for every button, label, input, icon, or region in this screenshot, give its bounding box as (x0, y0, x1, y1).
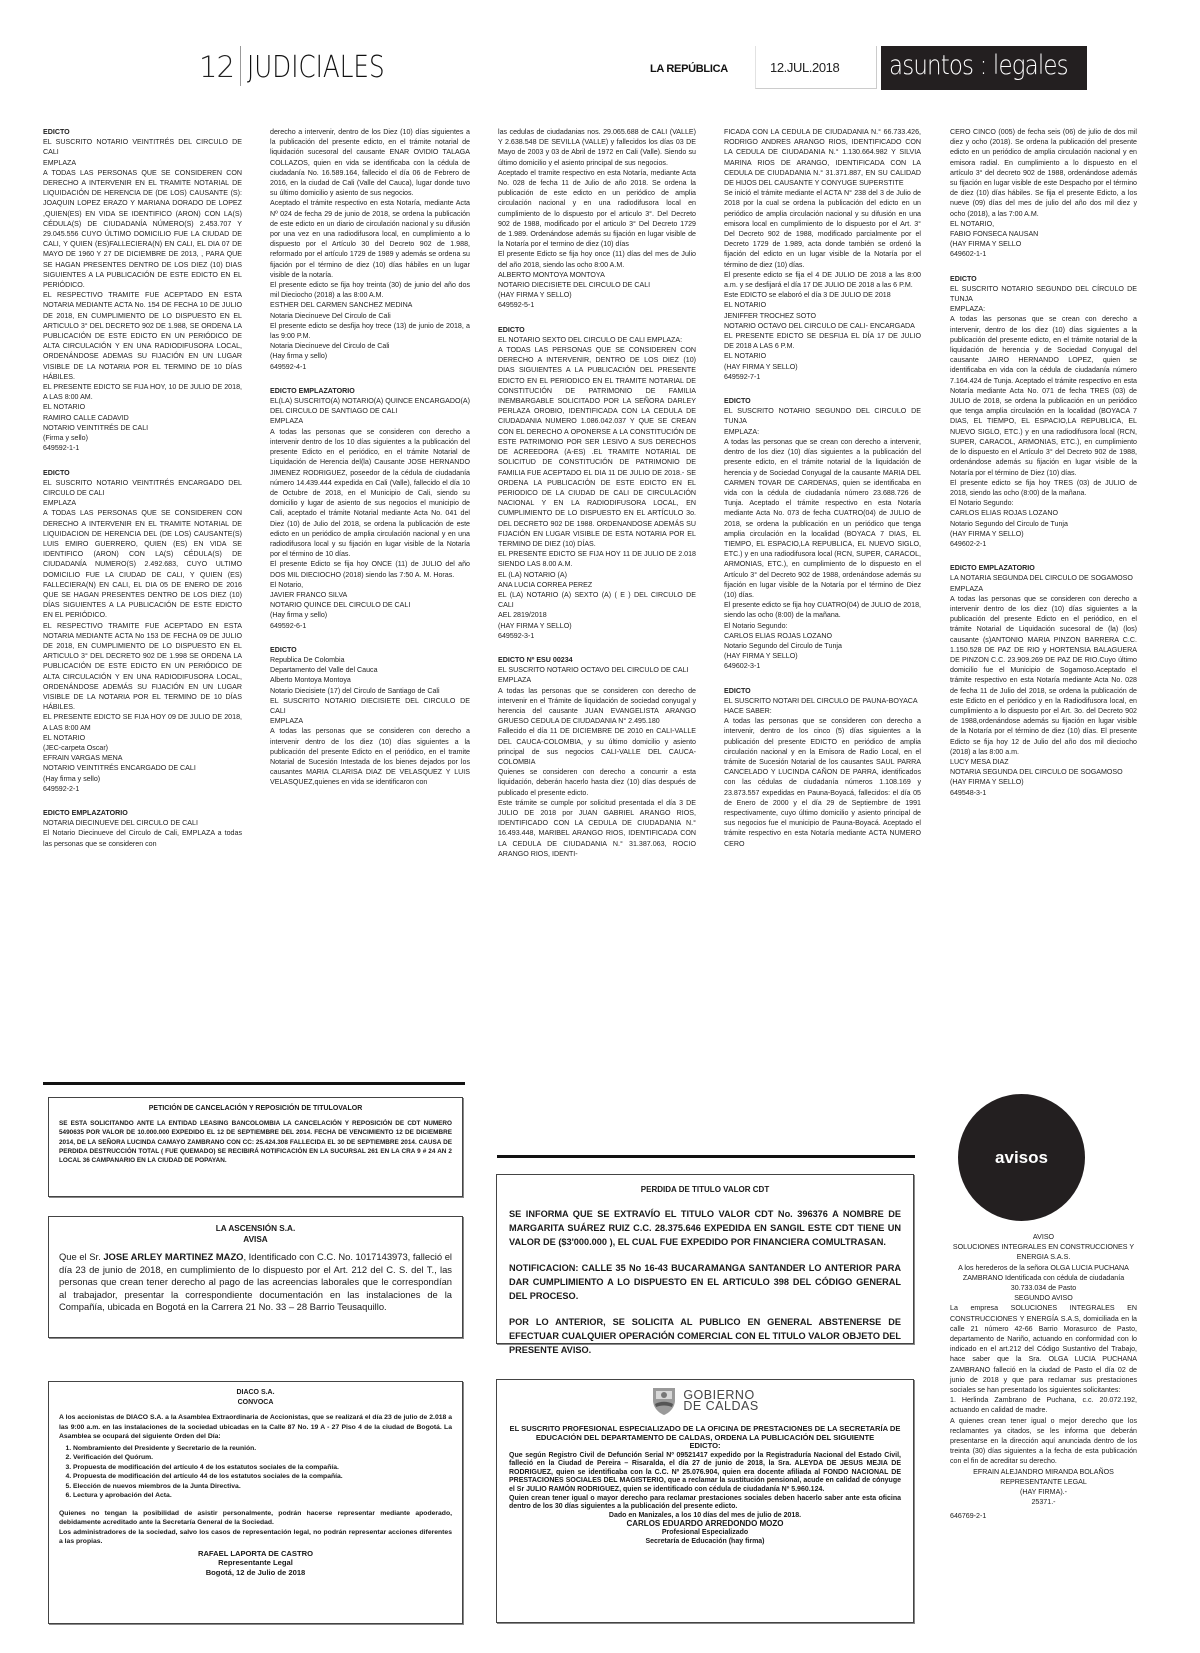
edicto-line: A todas las personas que se crean con de… (724, 437, 921, 600)
edicto-line: EL SUSCRITO NOTARIO VEINTITRÉS ENCARGADO… (43, 478, 242, 498)
edicto-line: Fallecido el día 11 DE DICIEMBRE DE 2010… (498, 726, 696, 767)
agenda-item: Propuesta de modificación del artículo 4… (73, 1472, 452, 1482)
edicto-heading: EDICTO (498, 325, 696, 335)
divider-rule-right (497, 1155, 915, 1158)
edicto-line: EMPLAZA: (950, 304, 1137, 314)
edicto-block: EDICTOEL SUSCRITO NOTARI DEL CIRCULO DE … (724, 686, 921, 849)
aviso-reference: 646769-2-1 (950, 1511, 1137, 1521)
edicto-line: 649548-3-1 (950, 788, 1137, 798)
notice-paragraph: POR LO ANTERIOR, SE SOLICITA AL PUBLICO … (509, 1315, 901, 1357)
edicto-line: Notaria Diecinueve del Circulo de Cali (270, 341, 470, 351)
edicto-line: 649602-3-1 (724, 661, 921, 671)
edicto-line: ESTHER DEL CARMEN SANCHEZ MEDINA (270, 300, 470, 310)
notice-title: DIACO S.A. (59, 1388, 452, 1398)
edicto-line: El presente edicto se fija el 4 DE JULIO… (724, 270, 921, 290)
agenda-item: Propuesta de modificación del artículo 4… (73, 1463, 452, 1473)
edicto-line: A todas las personas que se crean con de… (950, 314, 1137, 477)
column-2: derecho a intervenir, dentro de los Diez… (270, 127, 470, 802)
edicto-line: El presente Edicto se fija hoy once (11)… (498, 249, 696, 269)
notice-note: Quienes no tengan la posibilidad de asis… (59, 1509, 452, 1528)
edicto-line: Departamento del Valle del Cauca (270, 665, 470, 675)
edicto-line: 649602-2-1 (950, 539, 1137, 549)
edicto-line: Este EDICTO se elaboró el día 3 DE JULIO… (724, 290, 921, 300)
edicto-line: LA NOTARIA SEGUNDA DEL CIRCULO DE SOGAMO… (950, 573, 1137, 583)
edicto-line: CERO CINCO (005) de fecha seis (06) de j… (950, 127, 1137, 219)
aviso-title: AVISO (950, 1232, 1137, 1242)
edicto-line: EMPLAZA (43, 498, 242, 508)
edicto-block: EDICTO Nº ESU 00234EL SUSCRITO NOTARIO O… (498, 655, 696, 859)
edicto-line: (HAY FIRMA Y SELLO) (498, 290, 696, 300)
notice-gobierno-caldas: GOBIERNO DE CALDAS EL SUSCRITO PROFESION… (496, 1379, 914, 1623)
edicto-line: CARLOS ELIAS ROJAS LOZANO (724, 631, 921, 641)
edicto-line: (HAY FIRMA Y SELLO) (724, 651, 921, 661)
signer-role: Profesional Especializado (509, 1529, 901, 1538)
aviso-notice-number: SEGUNDO AVISO (950, 1293, 1137, 1303)
date-box: 12.JUL.2018 (755, 46, 877, 89)
notice-diaco-convoca: DIACO S.A. CONVOCA A los accionistas de … (48, 1381, 463, 1624)
agenda-item: Nombramiento del Presidente y Secretario… (73, 1444, 452, 1454)
edicto-line: 649592-6-1 (270, 621, 470, 631)
edicto-line: El presente Edicto se fija hoy ONCE (11)… (270, 559, 470, 579)
edicto-line: 649592-1-1 (43, 443, 242, 453)
edicto-line: EL NOTARIO, (950, 219, 1137, 229)
column-5: CERO CINCO (005) de fecha seis (06) de j… (950, 127, 1137, 812)
edicto-line: EMPLAZA (270, 416, 470, 426)
edicto-line: Quienes se consideren con derecho a conc… (498, 767, 696, 798)
edicto-line: 649592-4-1 (270, 362, 470, 372)
notice-paragraph: NOTIFICACION: CALLE 35 No 16-43 BUCARAMA… (509, 1261, 901, 1303)
edicto-block: EDICTO EMPLAZATORIONOTARIA DIECINUEVE DE… (43, 808, 242, 849)
edicto-line: EMPLAZA (498, 675, 696, 685)
agenda-item: Lectura y aprobación del Acta. (73, 1491, 452, 1501)
edicto-line: Se inició el trámite mediante el ACTA N°… (724, 188, 921, 270)
edicto-line: EL SUSCRITO NOTARIO DIECISIETE DEL CIRCU… (270, 696, 470, 716)
edicto-line: (HAY FIRMA Y SELLO) (724, 362, 921, 372)
edicto-line: JENIFFER TROCHEZ SOTO (724, 311, 921, 321)
notice-title: PETICIÓN DE CANCELACIÓN Y REPOSICIÓN DE … (59, 1104, 452, 1113)
notice-intro: A los accionistas de DIACO S.A. a la Asa… (59, 1413, 452, 1442)
newspaper-name: LA REPÚBLICA (650, 63, 728, 75)
signer-name: RAFAEL LAPORTA DE CASTRO (59, 1549, 452, 1559)
edicto-line: El Notario Diecinueve del Circulo de Cal… (43, 828, 242, 848)
edicto-line: derecho a intervenir, dentro de los Diez… (270, 127, 470, 198)
edicto-line: las cedulas de ciudadanias nos. 29.065.6… (498, 127, 696, 168)
edicto-line: EL NOTARIO (724, 300, 921, 310)
edicto-line: AEL 2819/2018 (498, 610, 696, 620)
column-1: EDICTOEL SUSCRITO NOTARIO VEINTITRÉS DEL… (43, 127, 242, 863)
edicto-line: 649602-1-1 (950, 249, 1137, 259)
edicto-block: EDICTOEL SUSCRITO NOTARIO VEINTITRÉS ENC… (43, 468, 242, 795)
edicto-block: EDICTO EMPLAZATORIOEL(LA) SUSCRITO(A) NO… (270, 386, 470, 631)
edicto-line: EMPLAZA (43, 158, 242, 168)
edicto-line: NOTARIA SEGUNDA DEL CIRCULO DE SOGAMOSO (950, 767, 1137, 777)
edicto-line: El presente edicto se desfija hoy trece … (270, 321, 470, 341)
edicto-line: RAMIRO CALLE CADAVID (43, 413, 242, 423)
edicto-line: FICADA CON LA CEDULA DE CIUDADANIA N.° 6… (724, 127, 921, 188)
notice-body: Quien crean tener igual o mayor derecho … (509, 1495, 901, 1512)
edicto-line: FABIO FONSECA NAUSAN (950, 229, 1137, 239)
edicto-line: Este trámite se cumple por solicitud pre… (498, 798, 696, 859)
edicto-line: EL PRESENTE EDICTO SE DESFIJA EL DÍA 17 … (724, 331, 921, 351)
edicto-line: EL NOTARIO (43, 402, 242, 412)
edicto-heading: EDICTO EMPLAZATORIO (950, 563, 1137, 573)
avisos-badge: avisos (958, 1094, 1085, 1221)
edicto-block: FICADA CON LA CEDULA DE CIUDADANIA N.° 6… (724, 127, 921, 382)
edicto-block: EDICTOEL SUSCRITO NOTARIO SEGUNDO DEL CÍ… (950, 274, 1137, 549)
aviso-body: 1. Herlinda Zambrano de Puchana, c.c. 20… (950, 1395, 1137, 1415)
edicto-line: 649592-2-1 (43, 784, 242, 794)
edicto-line: A TODAS LAS PERSONAS QUE SE CONSIDEREN C… (43, 508, 242, 620)
notice-la-ascension: LA ASCENSIÓN S.A. AVISA Que el Sr. JOSE … (48, 1216, 463, 1338)
edicto-line: EFRAIN VARGAS MENA (43, 753, 242, 763)
edicto-block: EDICTOEL SUSCRITO NOTARIO SEGUNDO DEL CI… (724, 396, 921, 671)
edicto-line: A todas las personas que se consideren c… (724, 716, 921, 849)
aviso-body: La empresa SOLUCIONES INTEGRALES EN CONS… (950, 1303, 1137, 1395)
edicto-line: NOTARIO QUINCE DEL CIRCULO DE CALI (270, 600, 470, 610)
edicto-line: NOTARIO VEINTITRÉS DE CALI (43, 423, 242, 433)
edicto-line: 649592-3-1 (498, 631, 696, 641)
masthead: 12 JUDICIALES LA REPÚBLICA 12.JUL.2018 a… (0, 46, 1200, 94)
notice-subtitle: CONVOCA (59, 1398, 452, 1408)
edicto-line: El Notario, (270, 580, 470, 590)
edicto-heading: EDICTO (724, 686, 921, 696)
edicto-line: JAVIER FRANCO SILVA (270, 590, 470, 600)
gobierno-caldas-logo: GOBIERNO DE CALDAS (509, 1386, 901, 1416)
shield-icon (651, 1386, 677, 1416)
edicto-line: Notario Segundo del Circulo de Tunja (724, 641, 921, 651)
edicto-block: derecho a intervenir, dentro de los Diez… (270, 127, 470, 372)
edicto-block: EDICTO EMPLAZATORIOLA NOTARIA SEGUNDA DE… (950, 563, 1137, 798)
edicto-line: EL(LA) SUSCRITO(A) NOTARIO(A) QUINCE ENC… (270, 396, 470, 416)
edicto-line: EL NOTARIO (43, 733, 242, 743)
section-title: JUDICIALES (247, 50, 385, 85)
edicto-line: (HAY FIRMA Y SELLO) (498, 621, 696, 631)
edicto-line: EL PRESENTE EDICTO SE FIJA HOY 09 DE JUL… (43, 712, 242, 732)
edicto-line: (Hay firma y sello) (270, 610, 470, 620)
edicto-line: CARLOS ELIAS ROJAS LOZANO (950, 508, 1137, 518)
edicto-line: (Hay firma y sello) (270, 351, 470, 361)
header-divider (240, 46, 241, 86)
edicto-line: EL SUSCRITO NOTARIO SEGUNDO DEL CÍRCULO … (950, 284, 1137, 304)
edicto-line: (HAY FIRMA Y SELLO) (950, 529, 1137, 539)
edicto-line: El presente edicto se fija hoy treinta (… (270, 280, 470, 300)
edicto-block: EDICTOEL SUSCRITO NOTARIO VEINTITRÉS DEL… (43, 127, 242, 454)
edicto-line: EL PRESENTE EDICTO SE FIJA HOY, 10 DE JU… (43, 382, 242, 402)
notice-peticion-cancelacion: PETICIÓN DE CANCELACIÓN Y REPOSICIÓN DE … (48, 1097, 463, 1197)
edicto-line: EL PRESENTE EDICTO SE FIJA HOY 11 DE JUL… (498, 549, 696, 569)
edicto-line: El Notario Segundo: (724, 621, 921, 631)
edicto-line: A TODAS LAS PERSONAS QUE SE CONSIDEREN C… (43, 168, 242, 290)
signer-role: REPRESENTANTE LEGAL (950, 1477, 1137, 1487)
brand-text: asuntos : legales (889, 50, 1068, 81)
edicto-line: EL (LA) NOTARIO (A) SEXTO (A) ( E ) DEL … (498, 590, 696, 610)
edicto-line: EL SUSCRITO NOTARIO OCTAVO DEL CIRCULO D… (498, 665, 696, 675)
edicto-line: EL NOTARIO SEXTO DEL CIRCULO DE CALI EMP… (498, 335, 696, 345)
brand-logo: asuntos : legales (881, 46, 1087, 90)
edicto-heading: EDICTO Nº ESU 00234 (498, 655, 696, 665)
edicto-heading: EDICTO (724, 396, 921, 406)
agenda-item: Verificación del Quórum. (73, 1453, 452, 1463)
edicto-line: EL SUSCRITO NOTARIO SEGUNDO DEL CIRCULO … (724, 406, 921, 426)
aviso-code: 25371.- (950, 1497, 1137, 1507)
edicto-line: LUCY MESA DIAZ (950, 757, 1137, 767)
notice-subheading: EDICTO: (509, 1442, 901, 1451)
edicto-line: El presente edicto se fija hoy TRES (03)… (950, 478, 1137, 498)
edicto-line: A todas las personas que se consideren c… (270, 427, 470, 560)
divider-rule-left (43, 1082, 465, 1085)
signer-name: EFRAIN ALEJANDRO MIRANDA BOLAÑOS (950, 1467, 1137, 1477)
edicto-line: EMPLAZA: (724, 427, 921, 437)
edicto-line: EL (LA) NOTARIO (A) (498, 570, 696, 580)
agenda-item: Elección de nuevos miembros de la Junta … (73, 1482, 452, 1492)
notice-body: Que según Registro Civil de Defunción Se… (509, 1452, 901, 1495)
edicto-line: Notario Diecisiete (17) del Circulo de S… (270, 686, 470, 696)
notice-note: Los administradores de la sociedad, salv… (59, 1528, 452, 1547)
deceased-name: JOSE ARLEY MARTINEZ MAZO (103, 1251, 243, 1262)
notice-body: SE ESTA SOLICITANDO ANTE LA ENTIDAD LEAS… (59, 1119, 452, 1165)
agenda-list: Nombramiento del Presidente y Secretario… (73, 1444, 452, 1501)
notice-subtitle: AVISA (59, 1234, 452, 1245)
aviso-soluciones-integrales: AVISO SOLUCIONES INTEGRALES EN CONSTRUCC… (950, 1232, 1137, 1522)
edicto-line: ANA LUCIA CORREA PEREZ (498, 580, 696, 590)
edicto-line: El Notario Segundo: (950, 498, 1137, 508)
edicto-line: Notaria Diecinueve Del Circulo de Cali (270, 311, 470, 321)
edicto-line: EMPLAZA (270, 716, 470, 726)
aviso-body: A quienes crean tener igual o mejor dere… (950, 1416, 1137, 1467)
aviso-addressed: A los herederos de la señora OLGA LUCIA … (950, 1263, 1137, 1294)
issue-date: 12.JUL.2018 (770, 60, 839, 75)
notice-title: LA ASCENSIÓN S.A. (59, 1223, 452, 1234)
signature-note: (HAY FIRMA).- (950, 1487, 1137, 1497)
edicto-line: El presente edicto se fija hoy CUATRO(04… (724, 600, 921, 620)
edicto-line: A todas las personas que se consideren c… (270, 726, 470, 787)
edicto-block: las cedulas de ciudadanias nos. 29.065.6… (498, 127, 696, 311)
logo-line-2: DE CALDAS (683, 1401, 758, 1412)
edicto-line: EL SUSCRITO NOTARIO VEINTITRÉS DEL CIRCU… (43, 137, 242, 157)
edicto-block: EDICTORepublica De ColombiaDepartamento … (270, 645, 470, 788)
signer-dept: Secretaría de Educación (hay firma) (509, 1538, 901, 1547)
edicto-line: (HAY FIRMA Y SELLO) (950, 777, 1137, 787)
notice-body: Que el Sr. JOSE ARLEY MARTINEZ MAZO, Ide… (59, 1251, 452, 1314)
edicto-line: (HAY FIRMA Y SELLO (950, 239, 1137, 249)
edicto-line: EL SUSCRITO NOTARI DEL CIRCULO DE PAUNA-… (724, 696, 921, 706)
edicto-heading: EDICTO (270, 645, 470, 655)
edicto-heading: EDICTO (43, 468, 242, 478)
page-number: 12 (199, 50, 234, 84)
edicto-line: EMPLAZA (950, 584, 1137, 594)
edicto-line: A TODAS LAS PERSONAS QUE SE CONSIDEREN C… (498, 345, 696, 549)
edicto-line: (Hay firma y sello) (43, 774, 242, 784)
notice-title: PERDIDA DE TITULO VALOR CDT (509, 1183, 901, 1197)
edicto-line: Aceptado el trámite respectivo en esta N… (270, 198, 470, 280)
edicto-line: Notario Segundo del Circulo de Tunja (950, 519, 1137, 529)
edicto-line: A todas las personas que se consideren c… (950, 594, 1137, 757)
edicto-line: (Firma y sello) (43, 433, 242, 443)
edicto-line: HACE SABER: (724, 706, 921, 716)
signer-role: Representante Legal (59, 1558, 452, 1568)
edicto-heading: EDICTO (950, 274, 1137, 284)
column-4: FICADA CON LA CEDULA DE CIUDADANIA N.° 6… (724, 127, 921, 863)
place-date: Bogotá, 12 de Julio de 2018 (59, 1568, 452, 1578)
edicto-line: (JEC-carpeta Oscar) (43, 743, 242, 753)
edicto-line: A todas las personas que se consideren c… (498, 686, 696, 727)
edicto-line: NOTARIO VEINTITRÉS ENCARGADO DE CALI (43, 763, 242, 773)
column-3: las cedulas de ciudadanias nos. 29.065.6… (498, 127, 696, 873)
edicto-line: Republica De Colombia (270, 655, 470, 665)
edicto-line: EL RESPECTIVO TRAMITE FUE ACEPTADO EN ES… (43, 290, 242, 382)
signer-name: CARLOS EDUARDO ARREDONDO MOZO (509, 1520, 901, 1529)
edicto-line: ALBERTO MONTOYA MONTOYA (498, 270, 696, 280)
notice-paragraph: SE INFORMA QUE SE EXTRAVÍO EL TITULO VAL… (509, 1207, 901, 1249)
edicto-block: CERO CINCO (005) de fecha seis (06) de j… (950, 127, 1137, 260)
edicto-heading: EDICTO (43, 127, 242, 137)
edicto-block: EDICTOEL NOTARIO SEXTO DEL CIRCULO DE CA… (498, 325, 696, 641)
aviso-company: SOLUCIONES INTEGRALES EN CONSTRUCCIONES … (950, 1242, 1137, 1262)
edicto-line: Alberto Montoya Montoya (270, 675, 470, 685)
edicto-heading: EDICTO EMPLAZATORIO (43, 808, 242, 818)
edicto-line: 649592-5-1 (498, 300, 696, 310)
notice-heading: EL SUSCRITO PROFESIONAL ESPECIALIZADO DE… (509, 1424, 901, 1442)
notice-perdida-cdt: PERDIDA DE TITULO VALOR CDT SE INFORMA Q… (496, 1174, 914, 1344)
edicto-line: EL NOTARIO (724, 351, 921, 361)
edicto-line: NOTARIO DIECISIETE DEL CIRCULO DE CALI (498, 280, 696, 290)
edicto-line: NOTARIO OCTAVO DEL CIRCULO DE CALI- ENCA… (724, 321, 921, 331)
edicto-line: EL RESPECTIVO TRAMITE FUE ACEPTADO EN ES… (43, 621, 242, 713)
edicto-heading: EDICTO EMPLAZATORIO (270, 386, 470, 396)
edicto-line: Aceptado el tramite respectivo en esta N… (498, 168, 696, 250)
edicto-line: NOTARIA DIECINUEVE DEL CIRCULO DE CALI (43, 818, 242, 828)
avisos-label: avisos (995, 1148, 1048, 1168)
edicto-line: 649592-7-1 (724, 372, 921, 382)
